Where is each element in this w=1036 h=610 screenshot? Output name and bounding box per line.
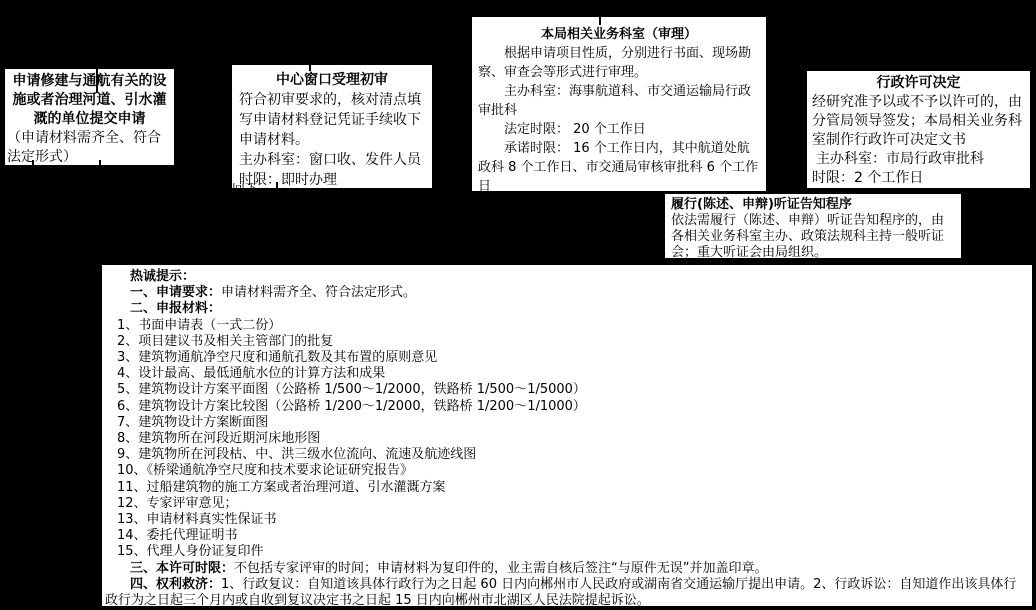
connector-fragment [99,160,101,168]
flow-box-window-review: 中心窗口受理初审 符合初审要求的，核对清点填写申请材料登记凭证手续收下申请材料。… [230,63,434,190]
decision-box-dept: 主办科室：市局行政审批科 [812,150,1025,169]
review-box-title: 本局相关业务科室（审理） [478,25,760,44]
notice-remedy-text: 1、行政复议：自知道该具体行政行为之日起 60 日内向郴州市人民政府或湖南省交通… [105,577,1016,608]
decision-box-body: 经研究准予以或不予以许可的，由分管局领导签发；本局相关业务科室制作行政许可决定文… [812,93,1025,150]
review-box-dept: 主办科室：海事航道科、市交通运输局行政审批科 [478,82,760,120]
connector-fragment [32,160,34,168]
material-list-item: 15、代理人身份证复印件 [117,544,1026,560]
material-list-item: 2、项目建议书及相关主管部门的批复 [117,334,1026,350]
material-list-item: 12、专家评审意见； [117,496,1026,512]
review-box-statutory-limit: 法定时限： 20 个工作日 [478,120,760,139]
notice-requirements-label: 一、申请要求： [130,285,221,300]
notice-materials-list: 1、书面申请表（一式二份）2、项目建议书及相关主管部门的批复3、建筑物通航净空尺… [105,318,1026,561]
notice-limit-line: 三、本许可时限：不包括专家评审的时间；申请材料为复印件的，业主需自核后签注“与原… [130,561,1026,577]
flow-box-section-review: 本局相关业务科室（审理） 根据申请项目性质，分别进行书面、现场勘察、审查会等形式… [470,15,768,193]
apply-box-title: 申请修建与通航有关的设施或者治理河道、引水灌溉的单位提交申请 [7,72,172,129]
material-list-item: 1、书面申请表（一式二份） [117,318,1026,334]
flow-box-decision: 行政许可决定 经研究准予以或不予以许可的，由分管局领导签发；本局相关业务科室制作… [805,69,1032,190]
window-box-title: 中心窗口受理初审 [239,70,425,90]
notice-remedy-label: 四、权利救济： [130,577,221,592]
connector-fragment [309,62,311,71]
window-box-dept: 主办科室：窗口收、发件人员 [239,150,425,170]
material-list-item: 14、委托代理证明书 [117,528,1026,544]
review-box-promised-limit: 承诺时限： 16 个工作日内，其中航道处航政科 8 个工作日、市交通局审核审批科… [478,139,760,196]
material-list-item: 5、建筑物设计方案平面图（公路桥 1/500～1/2000，铁路桥 1/500～… [117,382,1026,398]
flow-box-apply: 申请修建与通航有关的设施或者治理河道、引水灌溉的单位提交申请 （申请材料需齐全、… [3,67,176,167]
decision-box-title: 行政许可决定 [812,74,1025,93]
material-list-item: 6、建筑物设计方案比较图（公路桥 1/200～1/2000，铁路桥 1/200～… [117,399,1026,415]
material-list-item: 10、《桥梁通航净空尺度和技术要求论证研究报告》 [117,463,1026,479]
connector-fragment [96,67,98,93]
connector-fragment [276,182,278,190]
connector-fragment [961,219,967,221]
material-list-item: 8、建筑物所在河段近期河床地形图 [117,431,1026,447]
review-box-p1: 根据申请项目性质，分别进行书面、现场勘察、审查会等形式进行审理。 [478,44,760,82]
notice-panel: 热诚提示： 一、申请要求：申请材料需齐全、符合法定形式。 二、申报材料： 1、书… [100,263,1034,608]
material-list-item: 4、设计最高、最低通航水位的计算方法和成果 [117,366,1026,382]
material-list-item: 7、建筑物设计方案断面图 [117,415,1026,431]
hearing-box-title: 履行(陈述、申辩)听证告知程序 [671,197,955,213]
notice-materials-label: 二、申报材料： [130,301,1026,317]
material-list-item: 13、申请材料真实性保证书 [117,512,1026,528]
notice-remedy-line: 四、权利救济：1、行政复议：自知道该具体行政行为之日起 60 日内向郴州市人民政… [105,577,1026,609]
notice-requirements-text: 申请材料需齐全、符合法定形式。 [221,285,416,300]
material-list-item: 3、建筑物通航净空尺度和通航孔数及其布置的原则意见 [117,350,1026,366]
hearing-box-body: 依法需履行（陈述、申辩）听证告知程序的，由各相关业务科室主办、政策法规科主持一般… [671,213,955,261]
decision-box-time: 时限：2 个工作日 [812,169,1025,188]
flow-box-hearing: 履行(陈述、申辩)听证告知程序 依法需履行（陈述、申辩）听证告知程序的，由各相关… [663,192,963,260]
window-box-time: 时限：即时办理 [239,170,425,190]
clipped-text-fragment: 回下 [232,183,266,190]
flowchart-canvas: 申请修建与通航有关的设施或者治理河道、引水灌溉的单位提交申请 （申请材料需齐全、… [0,0,1036,610]
connector-fragment [599,15,601,25]
material-list-item: 11、过船建筑物的施工方案或者治理河道、引水灌溉方案 [117,480,1026,496]
notice-requirements-line: 一、申请要求：申请材料需齐全、符合法定形式。 [130,285,1026,301]
notice-limit-label: 三、本许可时限： [130,561,234,576]
notice-title: 热诚提示： [130,269,1026,285]
material-list-item: 9、建筑物所在河段枯、中、洪三级水位流向、流速及航迹线图 [117,447,1026,463]
notice-limit-text: 不包括专家评审的时间；申请材料为复印件的，业主需自核后签注“与原件无误”并加盖印… [234,561,767,576]
window-box-body: 符合初审要求的，核对清点填写申请材料登记凭证手续收下申请材料。 [239,90,425,150]
